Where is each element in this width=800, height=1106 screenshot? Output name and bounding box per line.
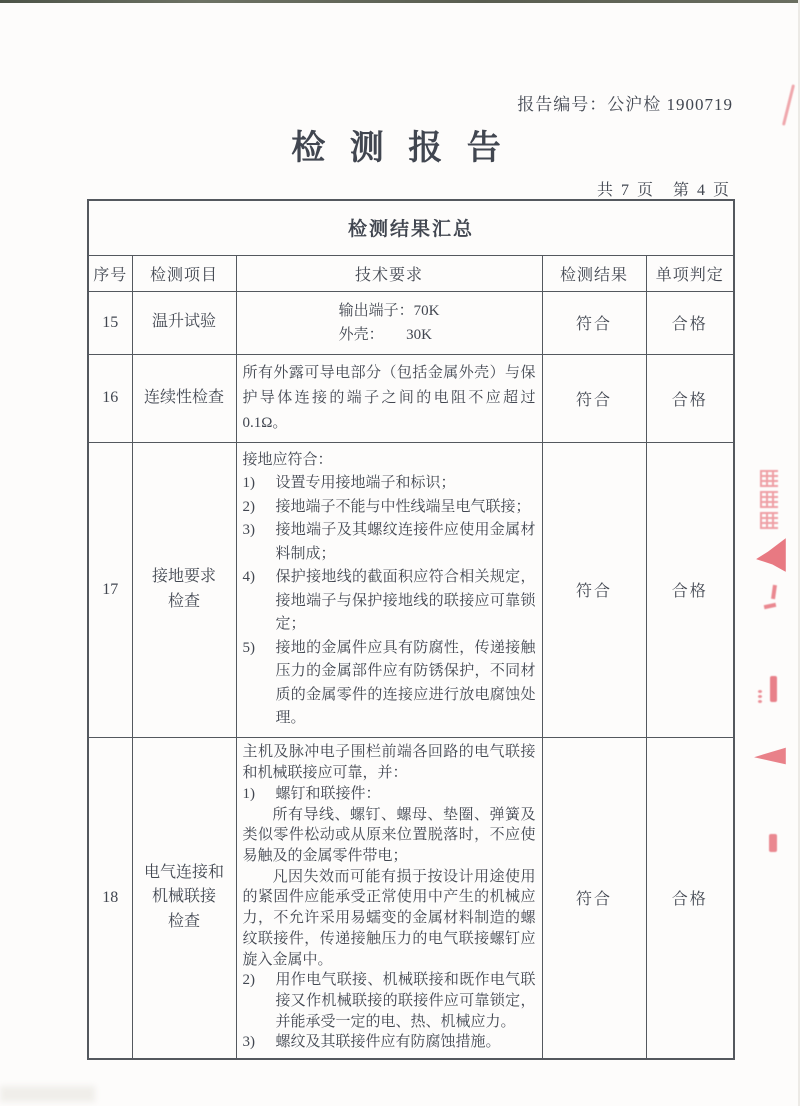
- requirement-line: 5)接地的金属件应具有防腐性，传递接触压力的金属部件应有防锈保护，不同材质的金属…: [243, 637, 536, 731]
- scan-smudge: [0, 1086, 95, 1102]
- results-table: 检测结果汇总 序号 检测项目 技术要求 检测结果 单项判定 15温升试验输出端子…: [87, 199, 735, 1060]
- requirement-line: 接地应符合：: [243, 449, 536, 473]
- requirement-line: 所有外露可导电部分（包括金属外壳）与保护导体连接的端子之间的电阻不应超过 0.1…: [243, 361, 536, 436]
- judgment-cell: 合格: [646, 354, 734, 442]
- stamp-fragment-bar: [769, 834, 777, 852]
- requirement-line: 主机及脉冲电子围栏前端各回路的电气联接和机械联接应可靠，并：: [243, 742, 536, 783]
- requirement-line: 输出端子：70K: [339, 299, 440, 323]
- table-row: 15温升试验输出端子：70K外壳： 30K符合合格: [88, 291, 734, 354]
- requirement-line: 所有导线、螺钉、螺母、垫圈、弹簧及类似零件松动或从原来位置脱落时，不应使易触及的…: [243, 805, 536, 867]
- header-judgment: 单项判定: [646, 255, 734, 291]
- table-row: 17接地要求 检查接地应符合：1)设置专用接地端子和标识；2)接地端子不能与中性…: [88, 442, 734, 737]
- row-number-cell: 17: [88, 442, 132, 737]
- test-item-cell: 温升试验: [132, 291, 236, 354]
- table-row: 18电气连接和 机械联接 检查主机及脉冲电子围栏前端各回路的电气联接和机械联接应…: [88, 737, 734, 1059]
- table-title-row: 检测结果汇总: [88, 200, 734, 255]
- test-item-cell: 连续性检查: [132, 354, 236, 442]
- requirement-line: 凡因失效而可能有损于按设计用途使用的紧固件应能承受正常使用中产生的机械应力，不允…: [243, 867, 536, 971]
- tech-requirement-cell: 输出端子：70K外壳： 30K: [236, 291, 542, 354]
- test-result-cell: 符合: [542, 291, 646, 354]
- requirement-line: 外壳： 30K: [339, 323, 440, 347]
- table-header-row: 序号 检测项目 技术要求 检测结果 单项判定: [88, 255, 734, 291]
- scan-edge-top: [0, 0, 800, 3]
- header-seq-no: 序号: [88, 255, 132, 291]
- stamp-fragment-dots: [758, 688, 768, 702]
- header-test-result: 检测结果: [542, 255, 646, 291]
- test-result-cell: 符合: [542, 442, 646, 737]
- requirement-line: 3)接地端子及其螺纹连接件应使用金属材料制成；: [243, 519, 536, 566]
- page-title: 检 测 报 告: [0, 120, 800, 169]
- report-number: 报告编号：公沪检 1900719: [517, 90, 733, 115]
- tech-requirement-cell: 主机及脉冲电子围栏前端各回路的电气联接和机械联接应可靠，并：1)螺钉和联接件：所…: [236, 737, 542, 1059]
- header-test-item: 检测项目: [132, 255, 236, 291]
- page-count-info: 共 7 页 第 4 页: [597, 177, 731, 200]
- table-row: 16连续性检查所有外露可导电部分（包括金属外壳）与保护导体连接的端子之间的电阻不…: [88, 354, 734, 442]
- requirement-line: 2)用作电气联接、机械联接和既作电气联接又作机械联接的联接件应可靠锁定，并能承受…: [243, 970, 536, 1032]
- header-tech-requirement: 技术要求: [236, 255, 542, 291]
- test-result-cell: 符合: [542, 354, 646, 442]
- tech-requirement-cell: 接地应符合：1)设置专用接地端子和标识；2)接地端子不能与中性线端呈电气联接；3…: [236, 442, 542, 737]
- test-item-cell: 电气连接和 机械联接 检查: [132, 737, 236, 1059]
- stamp-fragment-wedge: [754, 744, 786, 768]
- requirement-line: 1)设置专用接地端子和标识；: [243, 472, 536, 496]
- tech-requirement-cell: 所有外露可导电部分（包括金属外壳）与保护导体连接的端子之间的电阻不应超过 0.1…: [236, 354, 542, 442]
- requirement-line: 1)螺钉和联接件：: [243, 784, 536, 805]
- judgment-cell: 合格: [646, 737, 734, 1059]
- stamp-fragment-glyphs: [760, 466, 782, 554]
- row-number-cell: 15: [88, 291, 132, 354]
- row-number-cell: 16: [88, 354, 132, 442]
- requirement-line: 4)保护接地线的截面积应符合相关规定，接地端子与保护接地线的联接应可靠锁定；: [243, 566, 536, 637]
- test-item-cell: 接地要求 检查: [132, 442, 236, 737]
- judgment-cell: 合格: [646, 442, 734, 737]
- test-result-cell: 符合: [542, 737, 646, 1059]
- stamp-fragment-bar: [770, 676, 777, 702]
- stamp-fragment-marks: [764, 585, 780, 619]
- requirement-line: 3)螺纹及其联接件应有防腐蚀措施。: [243, 1032, 536, 1053]
- table-title: 检测结果汇总: [88, 200, 734, 255]
- requirement-line: 2)接地端子不能与中性线端呈电气联接；: [243, 496, 536, 520]
- judgment-cell: 合格: [646, 291, 734, 354]
- row-number-cell: 18: [88, 737, 132, 1059]
